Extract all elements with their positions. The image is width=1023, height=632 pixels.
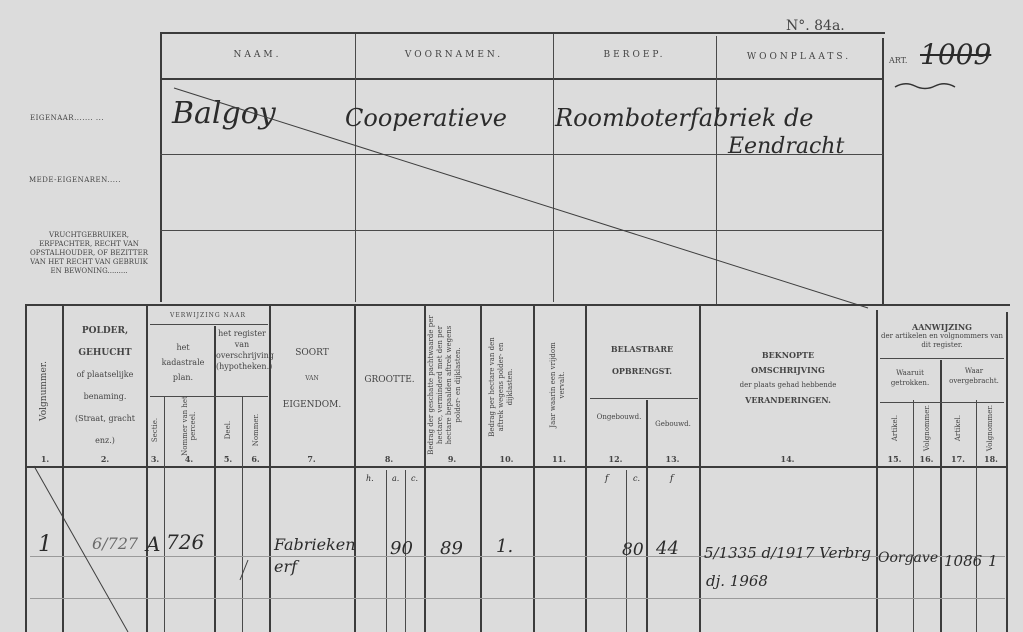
row-cancel-diagonal [0,0,1023,632]
